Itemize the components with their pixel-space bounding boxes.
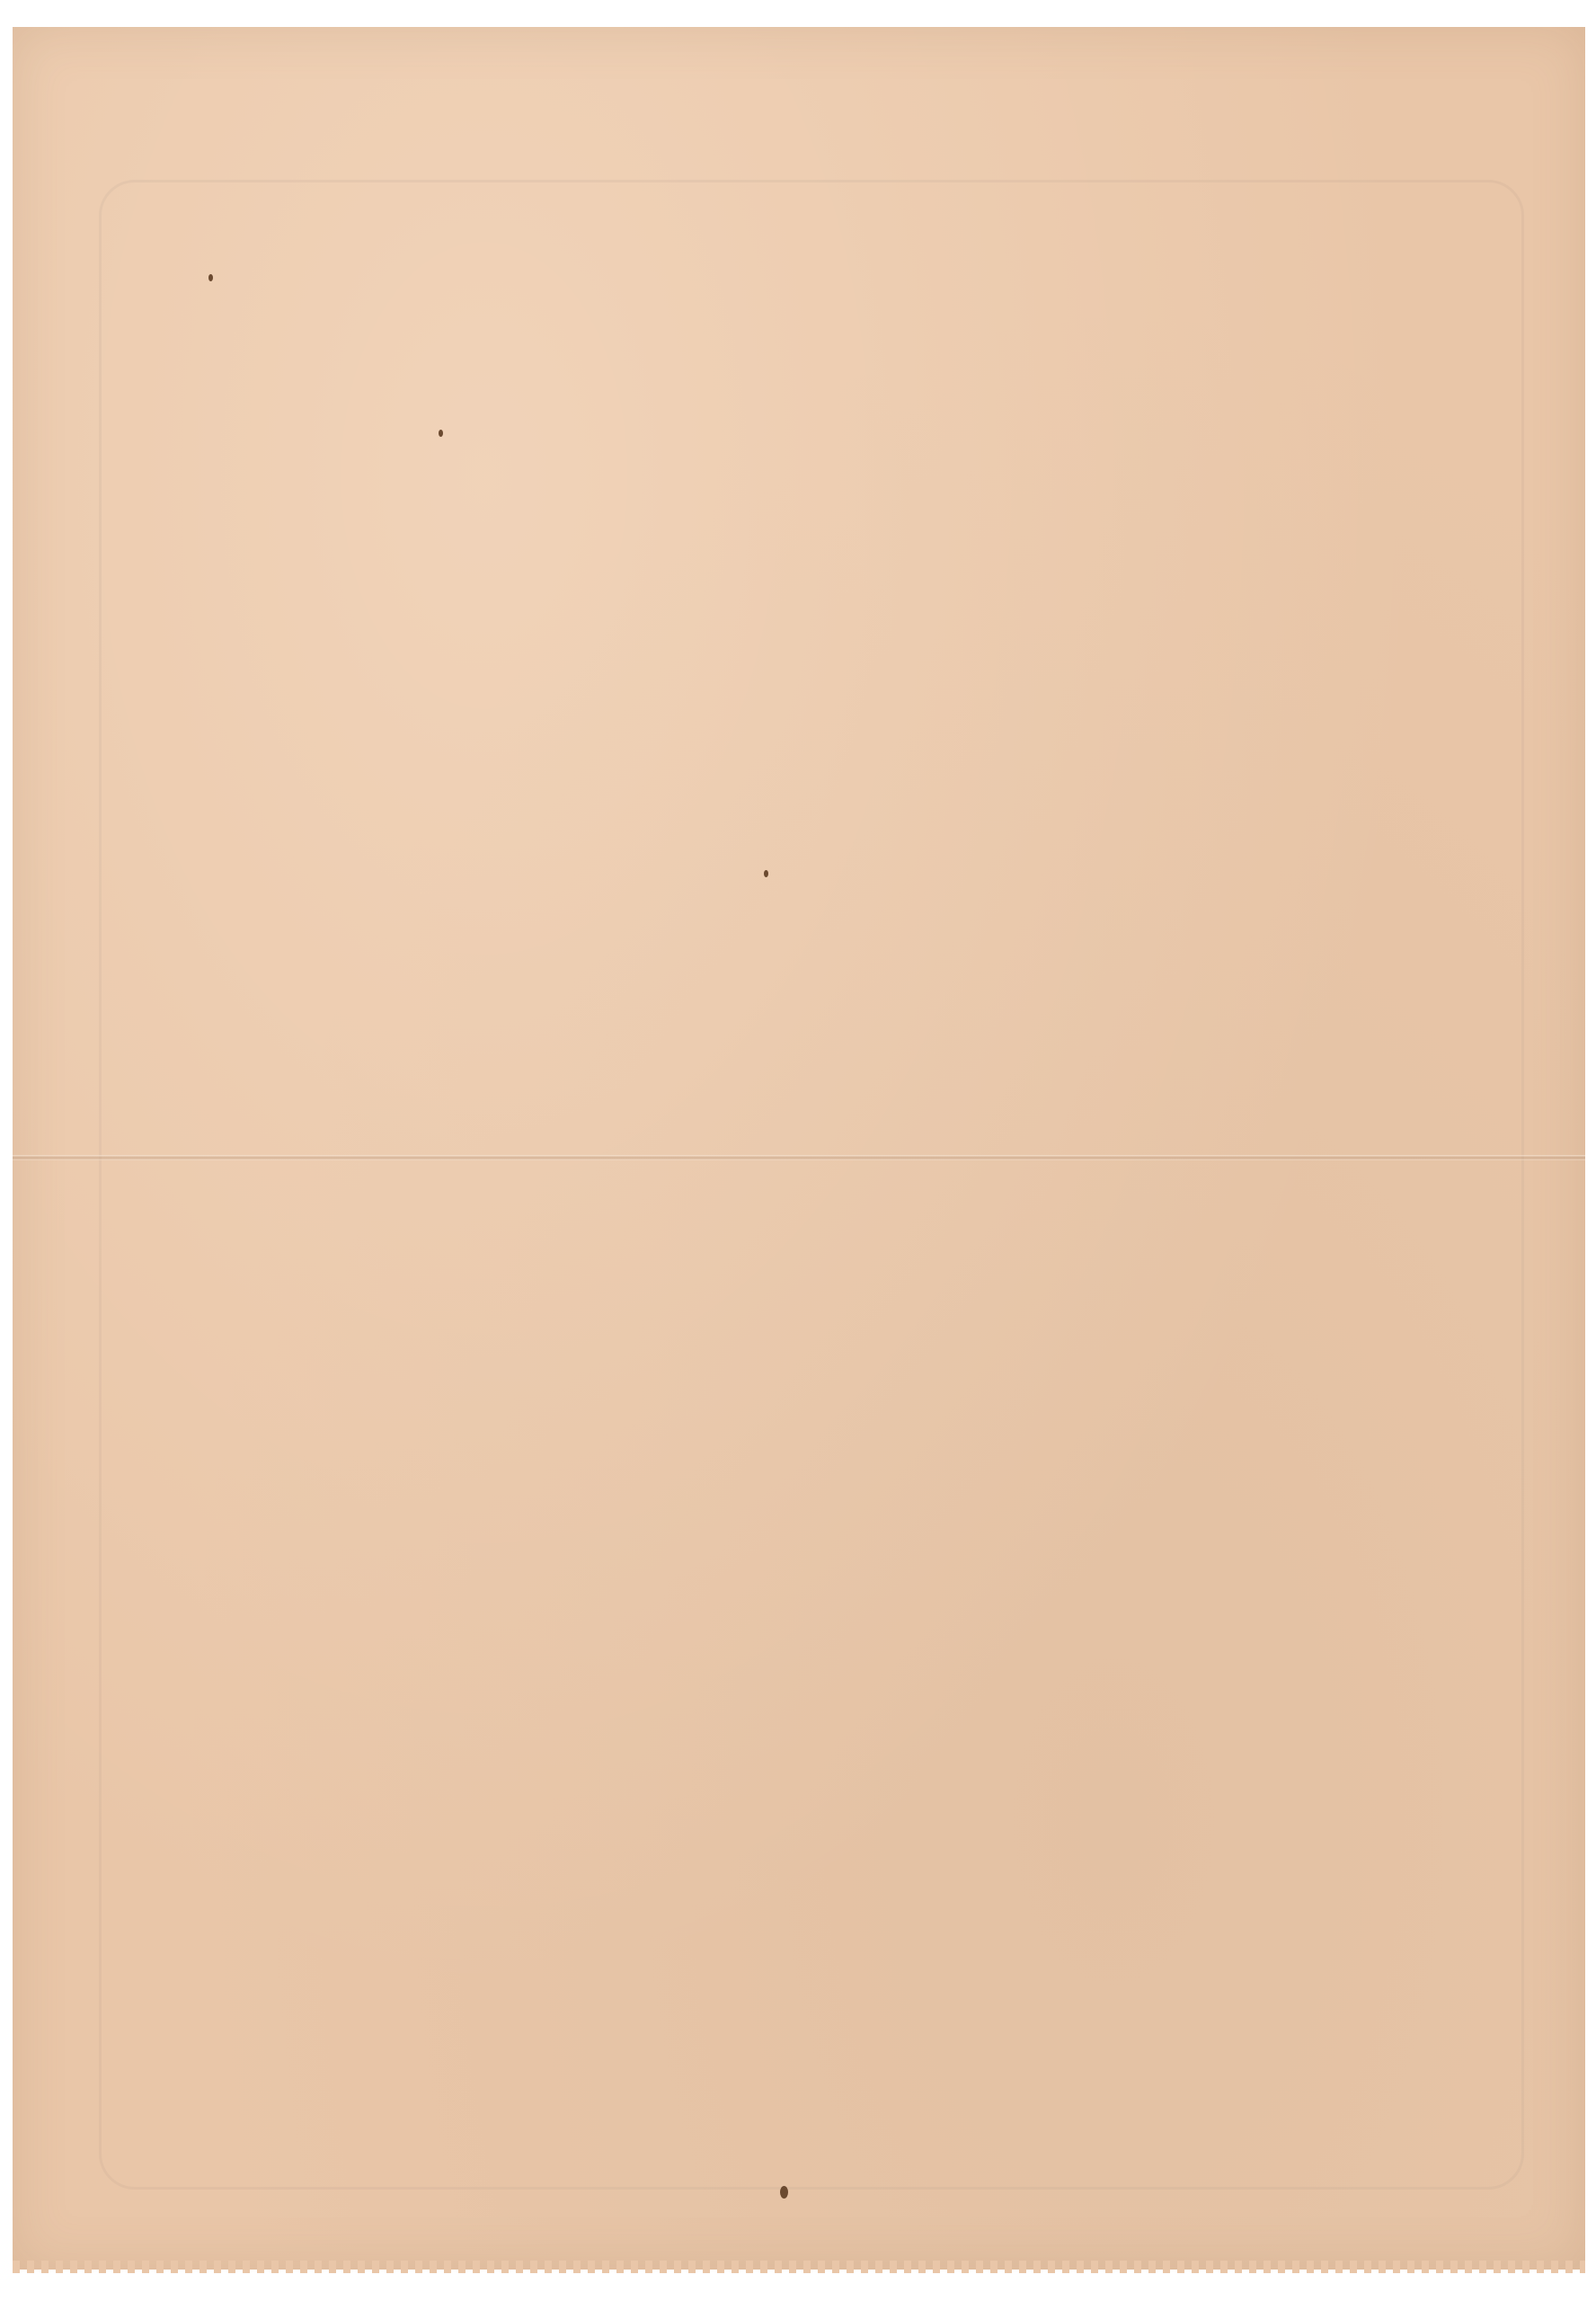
- speck: [208, 274, 213, 281]
- speck: [764, 870, 768, 877]
- speck: [439, 430, 443, 437]
- perforated-edge: [13, 2261, 1585, 2273]
- fold-crease: [13, 1155, 1585, 1160]
- speck: [780, 2186, 788, 2199]
- show-through-border: [99, 180, 1524, 2190]
